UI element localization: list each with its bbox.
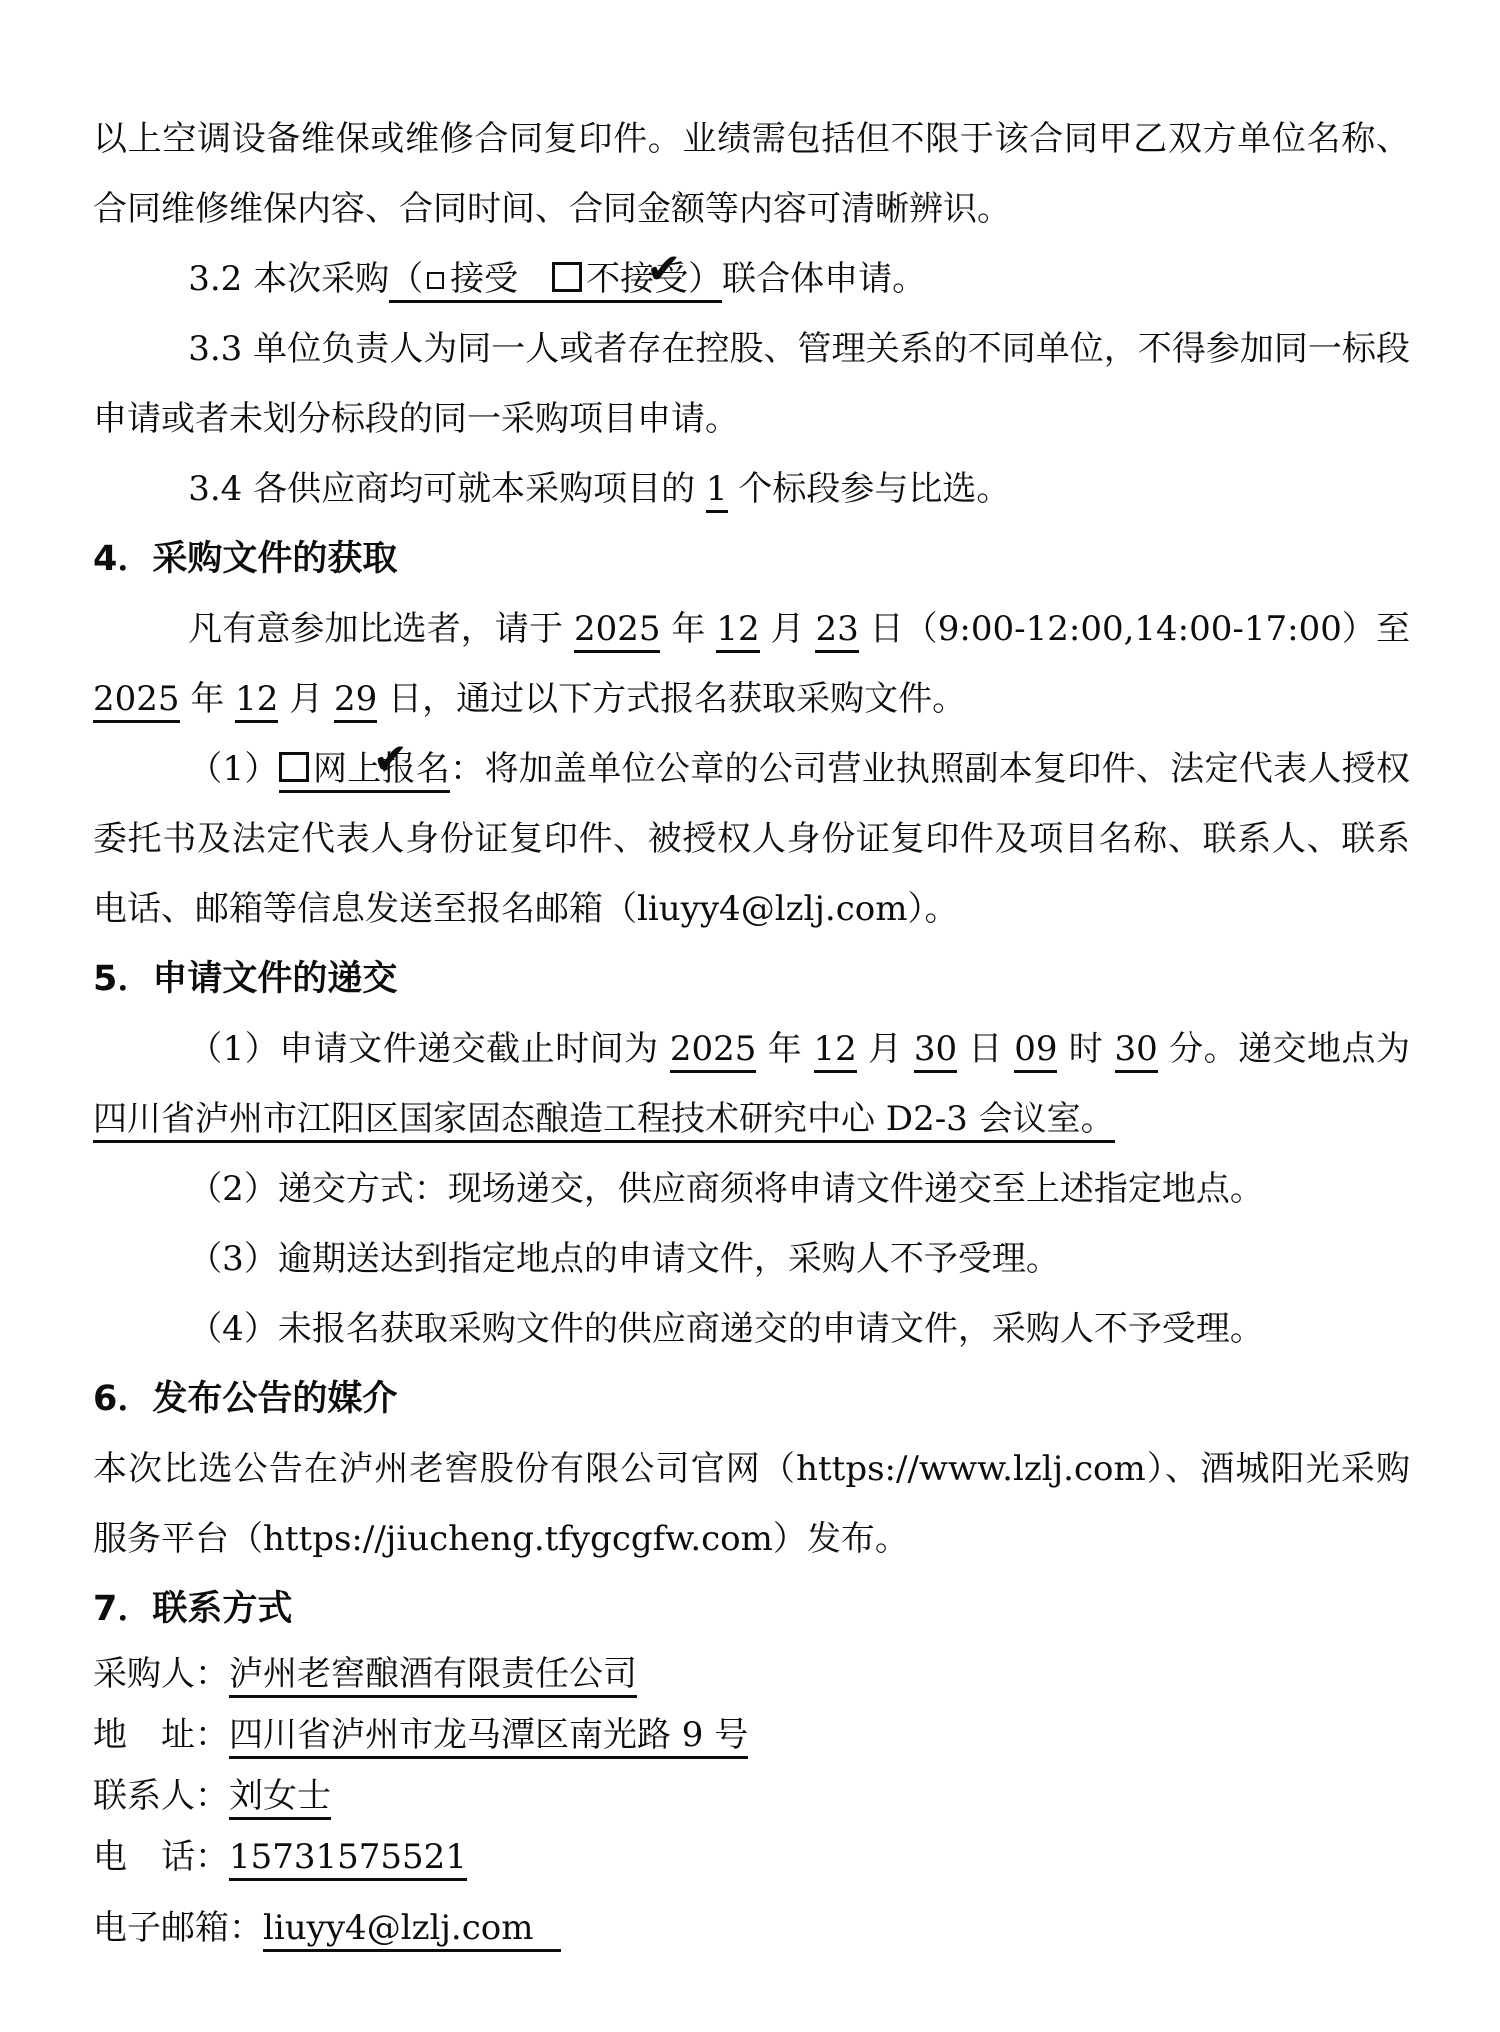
paragraph-text: 3.2 本次采购 [188,259,389,299]
paragraph-text: 年 [756,1029,813,1069]
contact-purchaser-line: 采购人：泸州老窖酿酒有限责任公司 [93,1644,1410,1705]
contact-label: 电 话： [93,1837,229,1877]
paragraph-3-3-same-controller: 3.3 单位负责人为同一人或者存在控股、管理关系的不同单位，不得参加同一标段申请… [93,314,1410,454]
end-year-value: 2025 [93,679,180,723]
contact-label: 采购人： [93,1654,229,1694]
purchaser-name-value: 泸州老窖酿酒有限责任公司 [229,1654,637,1698]
paragraph-text: 日 [957,1029,1014,1069]
paragraph-3-2-joint-bid: 3.2 本次采购（接受 ✔不接受）联合体申请。 [93,244,1410,314]
submission-place-value: 四川省泸州市江阳区国家固态酿造工程技术研究中心 D2-3 会议室。 [93,1099,1115,1143]
contact-person-line: 联系人：刘女士 [93,1766,1410,1827]
paragraph-text: 3.3 单位负责人为同一人或者存在控股、管理关系的不同单位，不得参加同一标段申请… [93,329,1410,439]
contact-label: 电子邮箱： [93,1908,263,1948]
address-value: 四川省泸州市龙马潭区南光路 9 号 [229,1715,748,1759]
deadline-minute-value: 30 [1115,1029,1158,1073]
paragraph-performance-requirement: 以上空调设备维保或维修合同复印件。业绩需包括但不限于该合同甲乙双方单位名称、合同… [93,104,1410,244]
start-month-value: 12 [716,609,759,653]
deadline-day-value: 30 [914,1029,957,1073]
deadline-month-value: 12 [814,1029,857,1073]
contact-email-line: 电子邮箱：liuyy4@lzlj.com [93,1898,1410,1959]
paragraph-text: （1） [188,749,279,789]
paragraph-text: 时 [1057,1029,1114,1069]
paragraph-text: 以上空调设备维保或维修合同复印件。业绩需包括但不限于该合同甲乙双方单位名称、合同… [93,119,1410,229]
section-7-heading: 7．联系方式 [93,1574,1410,1644]
checkbox-unchecked-icon [427,272,444,289]
paragraph-text: （4）未报名获取采购文件的供应商递交的申请文件，采购人不予受理。 [188,1309,1264,1349]
joint-bid-option-group: （接受 ✔不接受） [389,259,722,303]
online-registration-option: ✔网上报名 [279,749,450,793]
email-value: liuyy4@lzlj.com [263,1908,561,1952]
paragraph-text: （1）申请文件递交截止时间为 [188,1029,670,1069]
lot-count-value: 1 [706,469,728,513]
paragraph-text: 月 [760,609,816,649]
paragraph-6-publication-media: 本次比选公告在泸州老窖股份有限公司官网（https://www.lzlj.com… [93,1434,1410,1574]
contact-address-line: 地 址：四川省泸州市龙马潭区南光路 9 号 [93,1705,1410,1766]
end-month-value: 12 [235,679,278,723]
paragraph-text: 日，通过以下方式报名获取采购文件。 [377,679,966,719]
paragraph-text: 日（9:00-12:00,14:00-17:00）至 [859,609,1410,649]
paragraph-text: 联合体申请。 [722,259,926,299]
paragraph-text: 3.4 各供应商均可就本采购项目的 [188,469,706,509]
start-day-value: 23 [815,609,858,653]
contact-person-value: 刘女士 [229,1776,331,1820]
procurement-notice-page: 以上空调设备维保或维修合同复印件。业绩需包括但不限于该合同甲乙双方单位名称、合同… [0,0,1500,2032]
checkbox-checked-icon: ✔ [279,752,309,782]
deadline-year-value: 2025 [670,1029,757,1073]
paragraph-text: （2）递交方式：现场递交，供应商须将申请文件递交至上述指定地点。 [188,1169,1264,1209]
contact-label: 联系人： [93,1776,229,1816]
contact-label: 地 址： [93,1715,229,1755]
checkbox-checked-icon: ✔ [552,262,582,292]
paren-open: （ [389,259,423,299]
paragraph-text: 月 [857,1029,914,1069]
paragraph-text: 月 [278,679,334,719]
section-4-heading: 4．采购文件的获取 [93,524,1410,594]
option-gap [518,259,552,299]
paragraph-5-3-late-submission: （3）逾期送达到指定地点的申请文件，采购人不予受理。 [93,1224,1410,1294]
paragraph-4-registration-period: 凡有意参加比选者，请于 2025 年 12 月 23 日（9:00-12:00,… [93,594,1410,734]
paragraph-5-1-deadline: （1）申请文件递交截止时间为 2025 年 12 月 30 日 09 时 30 … [93,1014,1410,1154]
paragraph-text: 凡有意参加比选者，请于 [188,609,574,649]
phone-number-value: 15731575521 [229,1837,467,1881]
check-mark-icon: ✔ [551,248,681,290]
paragraph-3-4-lot-count: 3.4 各供应商均可就本采购项目的 1 个标段参与比选。 [93,454,1410,524]
section-6-heading: 6．发布公告的媒介 [93,1364,1410,1434]
paragraph-text: 年 [660,609,716,649]
section-5-heading: 5．申请文件的递交 [93,944,1410,1014]
deadline-hour-value: 09 [1014,1029,1057,1073]
paragraph-4-1-online-registration: （1）✔网上报名：将加盖单位公章的公司营业执照副本复印件、法定代表人授权委托书及… [93,734,1410,944]
check-mark-icon: ✔ [278,738,408,780]
contact-phone-line: 电 话：15731575521 [93,1827,1410,1888]
end-day-value: 29 [334,679,377,723]
paragraph-text: 个标段参与比选。 [728,469,1011,509]
paragraph-text: 本次比选公告在泸州老窖股份有限公司官网（https://www.lzlj.com… [93,1449,1410,1559]
paren-close: ） [688,259,722,299]
start-year-value: 2025 [574,609,661,653]
paragraph-text: 分。递交地点为 [1158,1029,1410,1069]
paragraph-text: 年 [180,679,236,719]
paragraph-5-4-unregistered-submission: （4）未报名获取采购文件的供应商递交的申请文件，采购人不予受理。 [93,1294,1410,1364]
accept-option-label: 接受 [450,259,518,299]
paragraph-text: （3）逾期送达到指定地点的申请文件，采购人不予受理。 [188,1239,1060,1279]
paragraph-5-2-submission-method: （2）递交方式：现场递交，供应商须将申请文件递交至上述指定地点。 [93,1154,1410,1224]
